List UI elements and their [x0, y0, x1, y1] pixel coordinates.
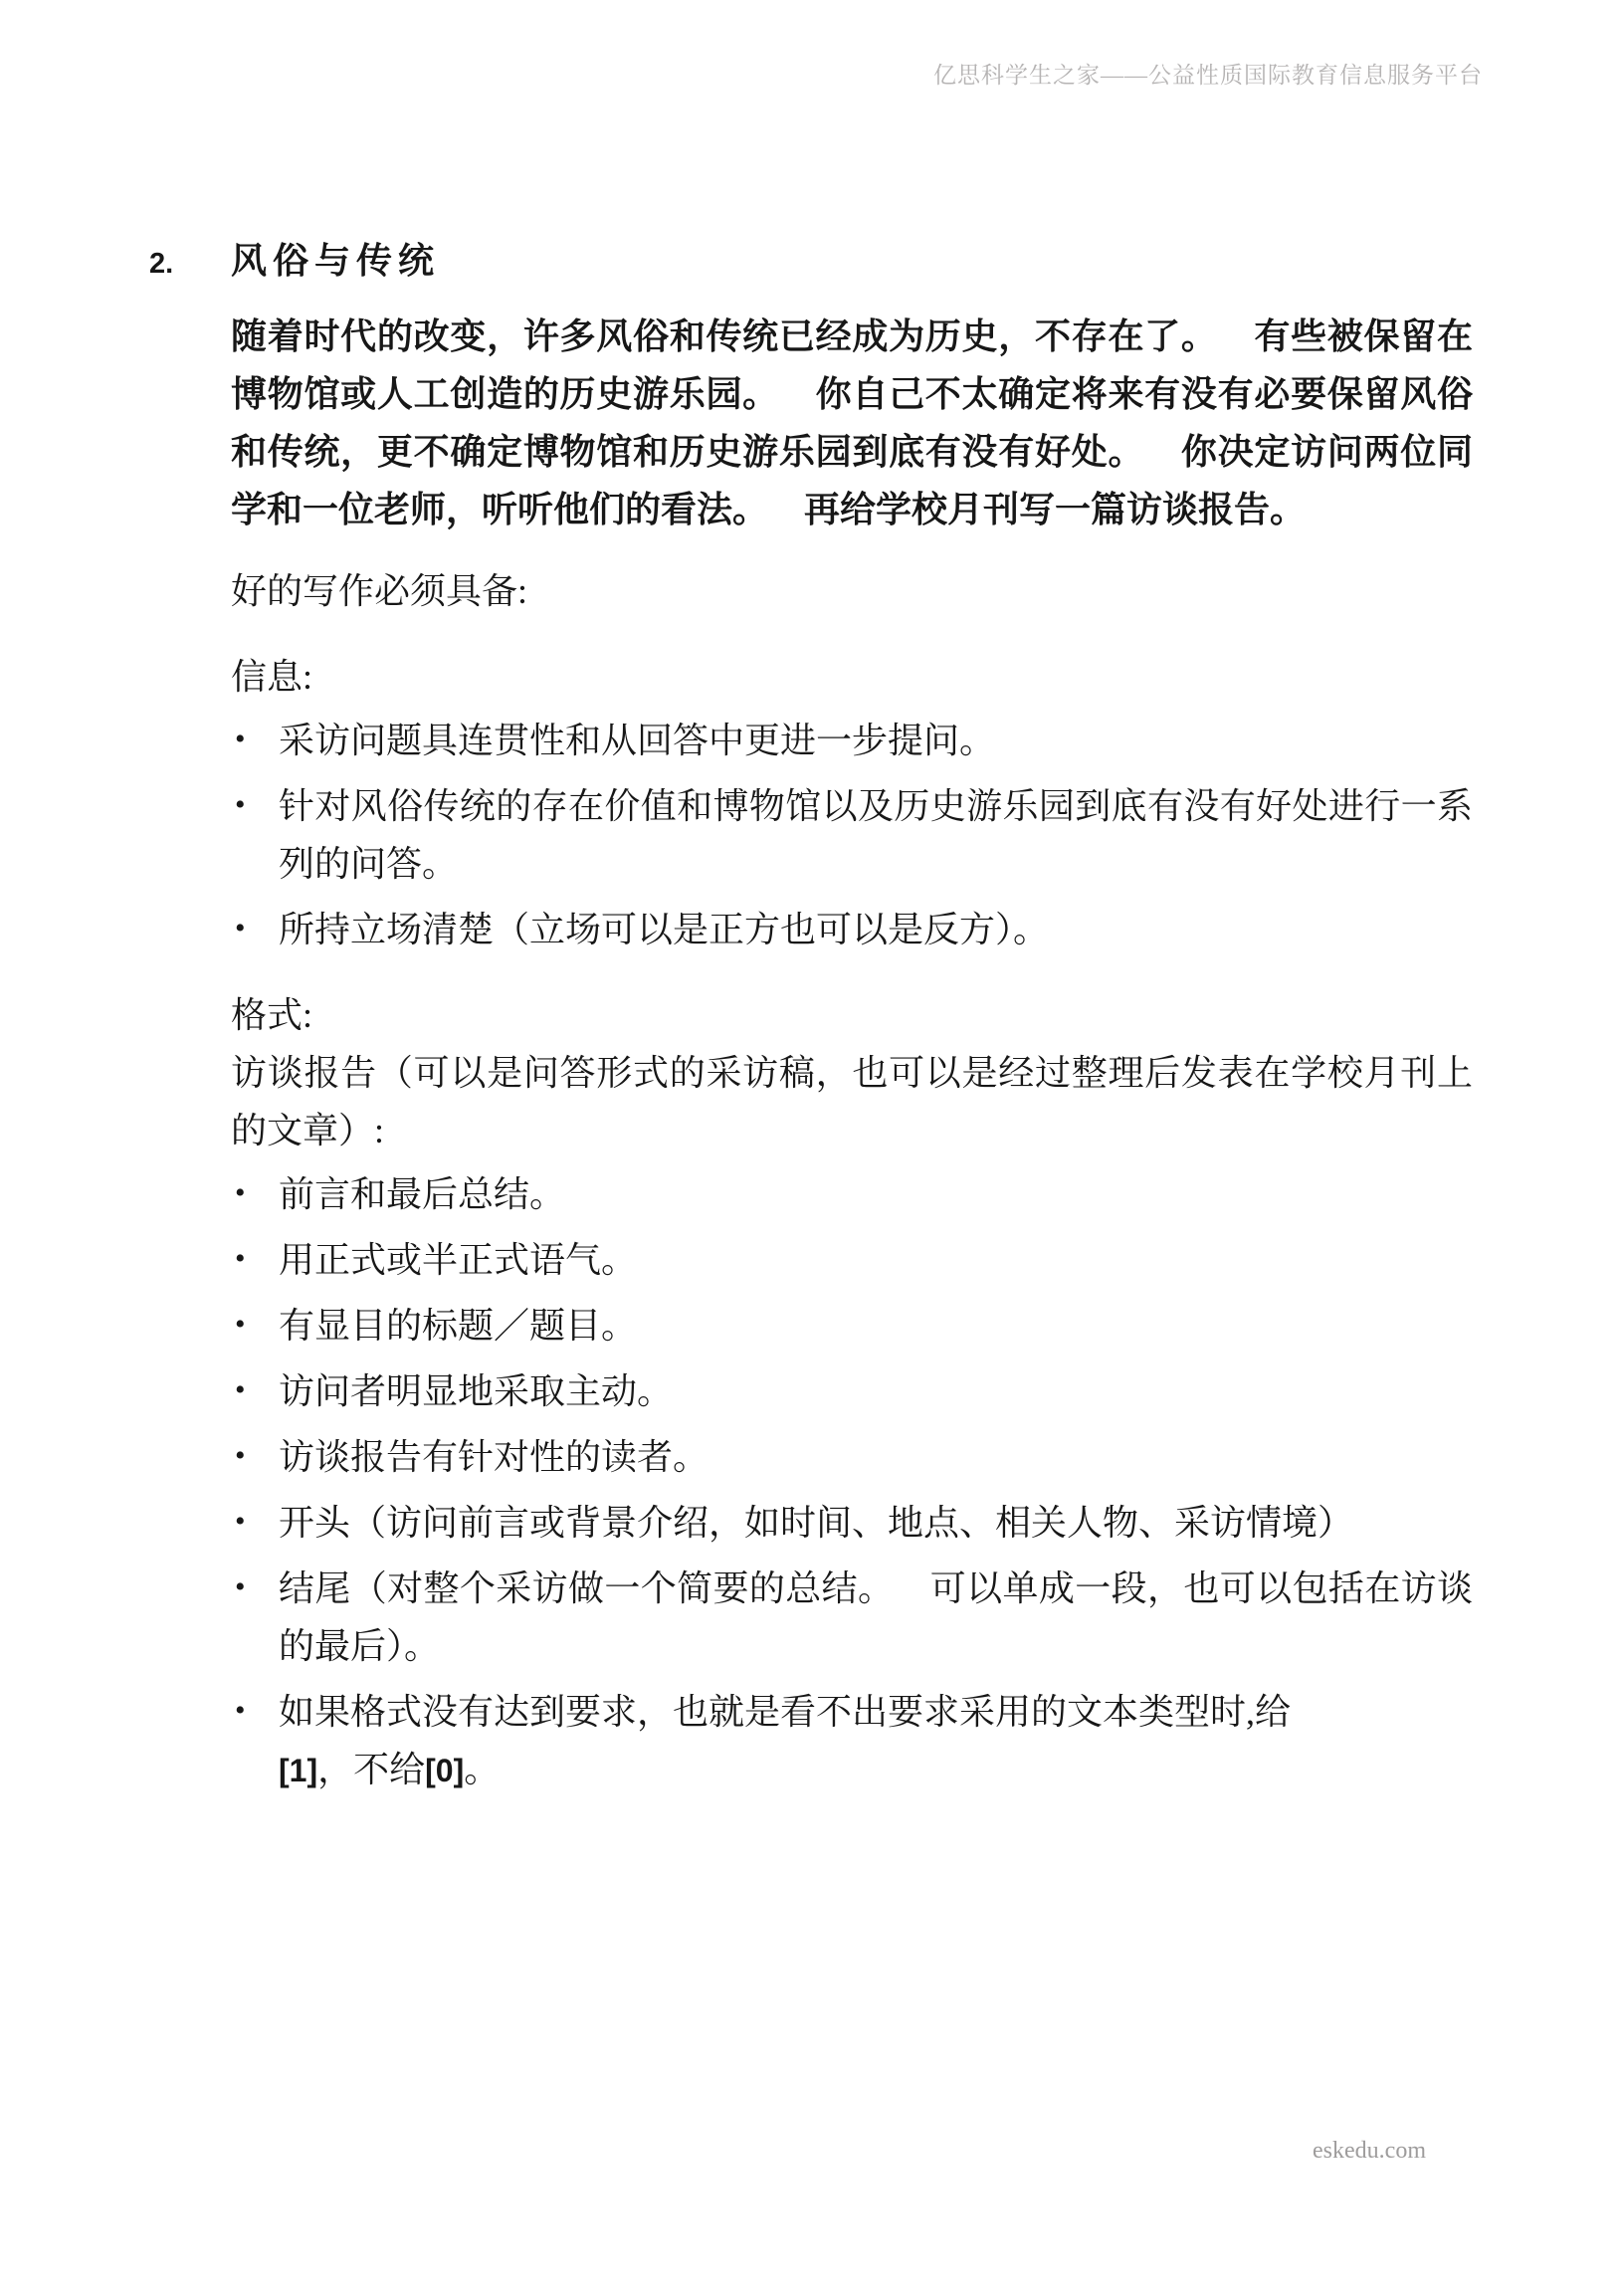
task-content: 2. 风俗与传统 随着时代的改变，许多风俗和传统已经成为历史，不存在了。 有些被…	[231, 236, 1473, 1807]
list-item: • 采访问题具连贯性和从回答中更进一步提问。	[231, 712, 1473, 769]
grading-rule-period: 。	[464, 1750, 500, 1789]
format-bullet-list: • 前言和最后总结。 • 用正式或半正式语气。 • 有显目的标题／题目。 • 访…	[231, 1165, 1473, 1799]
list-item: • 结尾（对整个采访做一个简要的总结。 可以单成一段，也可以包括在访谈的最后）。	[231, 1560, 1473, 1675]
list-item-text: 针对风俗传统的存在价值和博物馆以及历史游乐园到底有没有好处进行一系列的问答。	[279, 786, 1473, 884]
format-section-heading: 格式:	[231, 986, 1473, 1044]
page-header-platform-text: 亿思科学生之家——公益性质国际教育信息服务平台	[933, 57, 1483, 90]
bullet-icon: •	[235, 1493, 246, 1551]
list-item: • 所持立场清楚（立场可以是正方也可以是反方）。	[231, 901, 1473, 958]
grading-mark-one: [1]	[279, 1753, 317, 1788]
list-item-text: 所持立场清楚（立场可以是正方也可以是反方）。	[279, 910, 1049, 949]
list-item-text: 有显目的标题／题目。	[279, 1306, 637, 1346]
task-number: 2.	[149, 239, 173, 289]
list-item: • 针对风俗传统的存在价值和博物馆以及历史游乐园到底有没有好处进行一系列的问答。	[231, 777, 1473, 893]
bullet-icon: •	[235, 1296, 246, 1354]
info-section-heading: 信息:	[231, 648, 1473, 706]
grading-rule-middle: ，不给	[317, 1750, 425, 1789]
bullet-icon: •	[235, 776, 246, 834]
bullet-icon: •	[235, 1559, 246, 1616]
bullet-icon: •	[235, 1427, 246, 1485]
bullet-icon: •	[235, 900, 246, 957]
list-item: • 用正式或半正式语气。	[231, 1231, 1473, 1289]
bullet-icon: •	[235, 711, 246, 768]
bullet-icon: •	[235, 1682, 246, 1740]
task-prompt-paragraph: 随着时代的改变，许多风俗和传统已经成为历史，不存在了。 有些被保留在博物馆或人工…	[231, 308, 1473, 538]
bullet-icon: •	[235, 1164, 246, 1222]
page-footer-site-text: eskedu.com	[1313, 2138, 1426, 2165]
list-item-text: 访问者明显地采取主动。	[279, 1371, 673, 1411]
list-item: • 开头（访问前言或背景介绍，如时间、地点、相关人物、采访情境）	[231, 1494, 1473, 1552]
list-item: • 有显目的标题／题目。	[231, 1297, 1473, 1355]
list-item: • 访谈报告有针对性的读者。	[231, 1428, 1473, 1486]
list-item-text: 前言和最后总结。	[279, 1174, 565, 1214]
list-item-text: 采访问题具连贯性和从回答中更进一步提问。	[279, 721, 995, 760]
info-bullet-list: • 采访问题具连贯性和从回答中更进一步提问。 • 针对风俗传统的存在价值和博物馆…	[231, 712, 1473, 958]
task-title: 风俗与传统	[231, 241, 440, 281]
grading-mark-zero: [0]	[425, 1753, 464, 1788]
requirements-intro: 好的写作必须具备:	[231, 562, 1473, 620]
bullet-icon: •	[235, 1230, 246, 1288]
list-item-grading: • 如果格式没有达到要求，也就是看不出要求采用的文本类型时,给 [1]，不给[0…	[231, 1683, 1473, 1799]
bullet-icon: •	[235, 1361, 246, 1419]
format-section-intro: 访谈报告（可以是问答形式的采访稿，也可以是经过整理后发表在学校月刊上的文章）:	[231, 1044, 1473, 1159]
list-item-text: 访谈报告有针对性的读者。	[279, 1437, 709, 1477]
list-item-text: 用正式或半正式语气。	[279, 1240, 637, 1280]
list-item: • 前言和最后总结。	[231, 1165, 1473, 1223]
list-item-text: 开头（访问前言或背景介绍，如时间、地点、相关人物、采访情境）	[279, 1503, 1353, 1543]
list-item: • 访问者明显地采取主动。	[231, 1362, 1473, 1420]
list-item-text: 结尾（对整个采访做一个简要的总结。 可以单成一段，也可以包括在访谈的最后）。	[279, 1568, 1473, 1666]
task-title-row: 2. 风俗与传统	[231, 236, 1473, 294]
grading-rule-text: 如果格式没有达到要求，也就是看不出要求采用的文本类型时,给	[279, 1692, 1291, 1732]
document-page: 亿思科学生之家——公益性质国际教育信息服务平台 2. 风俗与传统 随着时代的改变…	[0, 0, 1623, 2296]
